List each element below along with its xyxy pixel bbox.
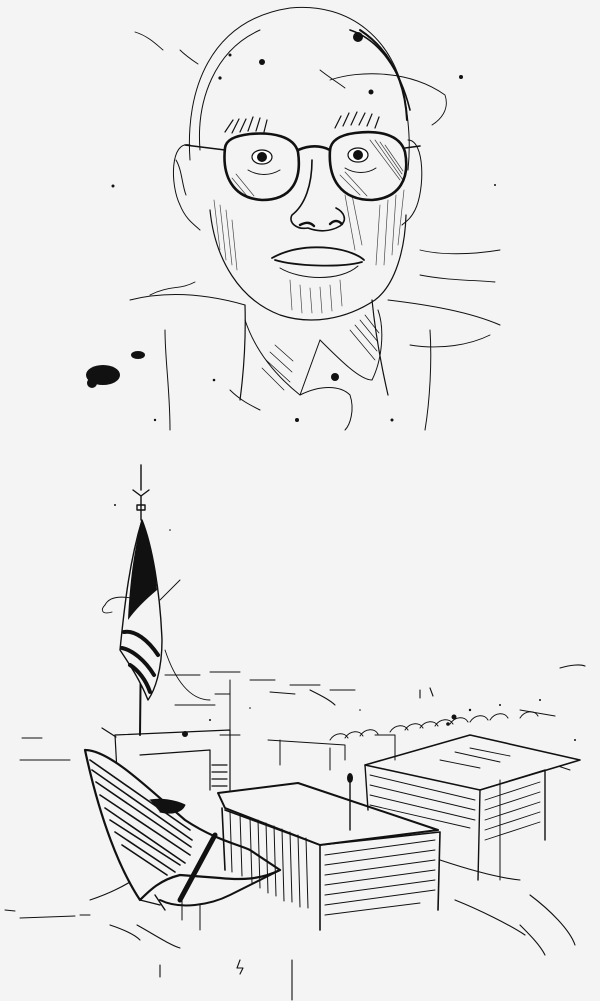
head-outline bbox=[189, 7, 410, 170]
eyebrows bbox=[225, 112, 379, 133]
american-flag bbox=[102, 520, 180, 700]
collar-hatching bbox=[262, 315, 379, 390]
glasses bbox=[185, 132, 420, 200]
judge-bench bbox=[365, 735, 580, 880]
lens-shading bbox=[232, 140, 403, 196]
portrait-illustration: Ink sketch portrait of a bald man wearin… bbox=[0, 0, 600, 440]
courtroom-illustration: Ink sketch of an empty courtroom with a … bbox=[0, 440, 600, 1001]
jaw bbox=[210, 210, 406, 400]
ink-splatters bbox=[86, 32, 496, 422]
witness-stand bbox=[218, 773, 440, 930]
portrait-sketch bbox=[0, 0, 600, 440]
courtroom-sketch bbox=[0, 440, 600, 1001]
loose-strokes bbox=[135, 32, 500, 347]
mouth bbox=[272, 247, 364, 277]
face-hatching bbox=[214, 190, 404, 313]
shirt-collar bbox=[130, 295, 500, 430]
